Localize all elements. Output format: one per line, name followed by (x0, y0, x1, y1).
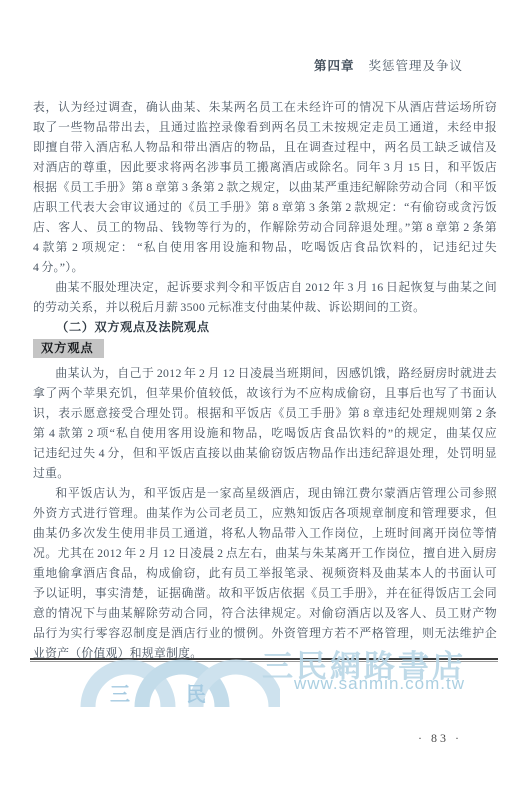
text-line: 品行为实行零容忍制度是酒店行业的惯例。外资管理方若不严格管理，则无法维护企 (33, 623, 497, 643)
text-line: 曲某认为，自己于 2012 年 2 月 12 日凌晨当班期间，因感饥饿，路经厨房… (33, 363, 497, 383)
text-line: 意的情况下与曲某解除劳动合同，符合法律规定。对偷窃酒店以及客人、员工财产物 (33, 603, 497, 623)
chapter-number: 第四章 (314, 59, 355, 73)
page-number: · 83 · (418, 731, 462, 746)
book-page: 第四章奖惩管理及争议 表，认为经过调查，确认曲某、朱某两名员工在未经许可的情况下… (0, 0, 528, 800)
text-line: 重地偷拿酒店食品，构成偷窃，此有员工举报笔录、视频资料及曲某本人的书面认可 (33, 563, 497, 583)
chapter-title: 奖惩管理及争议 (368, 59, 463, 73)
svg-text:民: 民 (186, 683, 206, 706)
separator-rule (30, 658, 498, 663)
body-text: 表，认为经过调查，确认曲某、朱某两名员工在未经许可的情况下从酒店营运场所窃取了一… (33, 97, 497, 663)
text-line: 曲某仍多次发生使用非员工通道，将私人物品带入工作岗位，上班时间离开岗位等情 (33, 523, 497, 543)
text-line: 曲某不服处理决定，起诉要求判令和平饭店自 2012 年 3 月 16 日起恢复与… (33, 277, 497, 297)
text-line: 4 款第 2 项规定： “私自使用客用设施和物品，吃喝饭店食品饮料的，记违纪过失 (33, 237, 497, 257)
text-line: 外资方式进行管理。曲某作为公司老员工，应熟知饭店各项规章制度和管理要求，但 (33, 503, 497, 523)
text-line: 拿了两个苹果充饥，但苹果价值较低，故该行为不应构成偷窃，且事后也写了书面认 (33, 383, 497, 403)
watermark-site-url: www.sanmin.com.tw (294, 674, 465, 694)
text-line: 况。尤其在 2012 年 2 月 12 日凌晨 2 点左右，曲某与朱某离开工作岗… (33, 543, 497, 563)
text-line: 记违纪过失 4 分，但和平饭店直接以曲某偷窃饭店物品作出违纪辞退处理，处罚明显 (33, 443, 497, 463)
text-line: 予以证明，事实清楚，证据确凿。故和平饭店依据《员工手册》，并在征得饭店工会同 (33, 583, 497, 603)
svg-text:三: 三 (110, 684, 130, 706)
running-header: 第四章奖惩管理及争议 (0, 56, 463, 74)
text-line: 4 分。”）。 (33, 257, 497, 277)
text-line: 店职工代表大会审议通过的《员工手册》第 8 章第 3 条第 2 款规定：“有偷窃… (33, 197, 497, 217)
text-line: 取了一些物品带出去，且通过监控录像看到两名员工未按规定走员工通道，未经申报 (33, 117, 497, 137)
section-heading: （二）双方观点及法院观点 (33, 317, 497, 337)
separator-rule-light (30, 661, 498, 662)
text-line: 表，认为经过调查，确认曲某、朱某两名员工在未经许可的情况下从酒店营运场所窃 (33, 97, 497, 117)
text-line: 根据《员工手册》第 8 章第 3 条第 2 款之规定，以曲某严重违纪解除劳动合同… (33, 177, 497, 197)
text-line: 识，表示愿意接受合理处罚。根据和平饭店《员工手册》第 8 章违纪处理规则第 2 … (33, 403, 497, 423)
text-line: 第 4 款第 2 项“私自使用客用设施和物品，吃喝饭店食品饮料的”的规定，曲某仅… (33, 423, 497, 443)
text-line: 和平饭店认为，和平饭店是一家高星级酒店，现由锦江费尔蒙酒店管理公司参照 (33, 483, 497, 503)
text-line: 的劳动关系，并以税后月薪 3500 元标准支付曲某仲裁、诉讼期间的工资。 (33, 297, 497, 317)
section-label: 双方观点 (33, 339, 104, 358)
separator-rule-dark (30, 658, 498, 660)
section-label-row: 双方观点 (33, 337, 497, 363)
text-line: 对酒店的尊重，因此要求将两名涉事员工搬离酒店或除名。同年 3 月 15 日，和平… (33, 157, 497, 177)
text-line: 即擅自带入酒店私人物品和带出酒店的物品，且在调查过程中，两名员工缺乏诚信及 (33, 137, 497, 157)
text-line: 过重。 (33, 463, 497, 483)
text-line: 店、客人、员工的物品、钱物等行为的，作解除劳动合同辞退处理。”第 8 章第 2 … (33, 217, 497, 237)
